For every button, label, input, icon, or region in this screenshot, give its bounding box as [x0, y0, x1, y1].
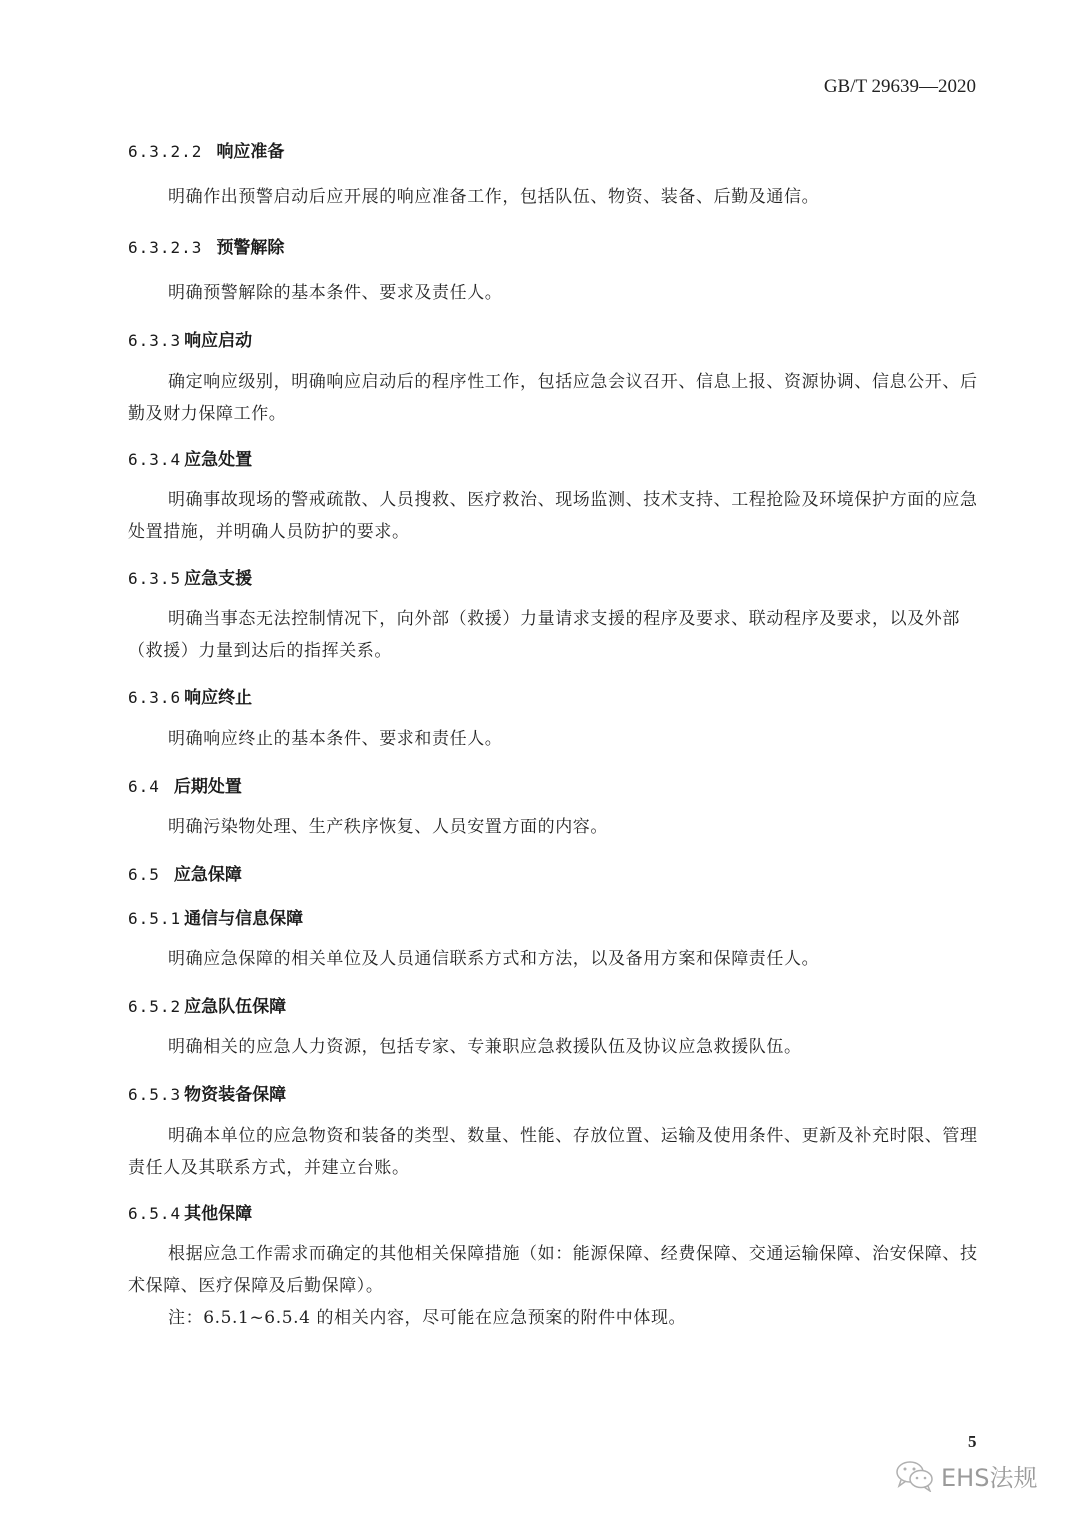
section-number: 6.3.2.2: [128, 142, 202, 161]
section-heading: 6.5应急保障: [128, 860, 242, 885]
section-number: 6.3.6: [128, 688, 181, 707]
section-heading: 6.5.2应急队伍保障: [128, 992, 286, 1017]
section-title: 其他保障: [184, 1204, 252, 1224]
section-paragraph: 明确事故现场的警戒疏散、人员搜救、医疗救治、现场监测、技术支持、工程抢险及环境保…: [128, 484, 978, 548]
standard-code: GB/T 29639—2020: [824, 76, 976, 98]
section-number: 6.5: [128, 865, 160, 884]
watermark-text: EHS法规: [941, 1458, 1037, 1493]
section-paragraph: 明确作出预警启动后应开展的响应准备工作，包括队伍、物资、装备、后勤及通信。: [128, 181, 978, 213]
section-heading: 6.3.2.3预警解除: [128, 233, 284, 258]
section-paragraph: 明确当事态无法控制情况下，向外部（救援）力量请求支援的程序及要求、联动程序及要求…: [128, 603, 978, 667]
page-number: 5: [968, 1432, 977, 1452]
section-heading: 6.3.6响应终止: [128, 683, 252, 708]
section-number: 6.3.3: [128, 331, 181, 350]
section-heading: 6.3.4应急处置: [128, 445, 252, 470]
section-title: 物资装备保障: [184, 1085, 286, 1105]
section-paragraph: 明确应急保障的相关单位及人员通信联系方式和方法，以及备用方案和保障责任人。: [128, 943, 978, 975]
note-paragraph: 注：6.5.1~6.5.4 的相关内容，尽可能在应急预案的附件中体现。: [128, 1302, 978, 1334]
section-number: 6.3.2.3: [128, 238, 202, 257]
section-title: 响应启动: [184, 331, 252, 351]
section-heading: 6.5.3物资装备保障: [128, 1080, 286, 1105]
section-number: 6.3.4: [128, 450, 181, 469]
section-number: 6.5.1: [128, 909, 181, 928]
section-number: 6.5.2: [128, 997, 181, 1016]
section-title: 预警解除: [216, 238, 284, 258]
section-title: 通信与信息保障: [184, 909, 303, 929]
section-number: 6.5.4: [128, 1204, 181, 1223]
section-paragraph: 确定响应级别，明确响应启动后的程序性工作，包括应急会议召开、信息上报、资源协调、…: [128, 366, 978, 430]
section-paragraph: 明确预警解除的基本条件、要求及责任人。: [128, 277, 978, 309]
section-heading: 6.3.3响应启动: [128, 326, 252, 351]
section-number: 6.3.5: [128, 569, 181, 588]
section-paragraph: 明确本单位的应急物资和装备的类型、数量、性能、存放位置、运输及使用条件、更新及补…: [128, 1120, 978, 1184]
section-heading: 6.5.4其他保障: [128, 1199, 252, 1224]
section-title: 后期处置: [174, 777, 242, 797]
section-heading: 6.3.5应急支援: [128, 564, 252, 589]
watermark: EHS法规: [895, 1458, 1037, 1493]
section-title: 响应终止: [184, 688, 252, 708]
section-paragraph: 根据应急工作需求而确定的其他相关保障措施（如：能源保障、经费保障、交通运输保障、…: [128, 1238, 978, 1302]
section-title: 应急队伍保障: [184, 997, 286, 1017]
section-title: 应急保障: [174, 865, 242, 885]
section-title: 应急处置: [184, 450, 252, 470]
section-number: 6.4: [128, 777, 160, 796]
section-paragraph: 明确相关的应急人力资源，包括专家、专兼职应急救援队伍及协议应急救援队伍。: [128, 1031, 978, 1063]
section-number: 6.5.3: [128, 1085, 181, 1104]
section-heading: 6.5.1通信与信息保障: [128, 904, 303, 929]
wechat-icon: [895, 1460, 935, 1492]
section-paragraph: 明确污染物处理、生产秩序恢复、人员安置方面的内容。: [128, 811, 978, 843]
section-heading: 6.4后期处置: [128, 772, 242, 797]
section-paragraph: 明确响应终止的基本条件、要求和责任人。: [128, 723, 978, 755]
section-heading: 6.3.2.2响应准备: [128, 137, 284, 162]
section-title: 应急支援: [184, 569, 252, 589]
section-title: 响应准备: [216, 142, 284, 162]
